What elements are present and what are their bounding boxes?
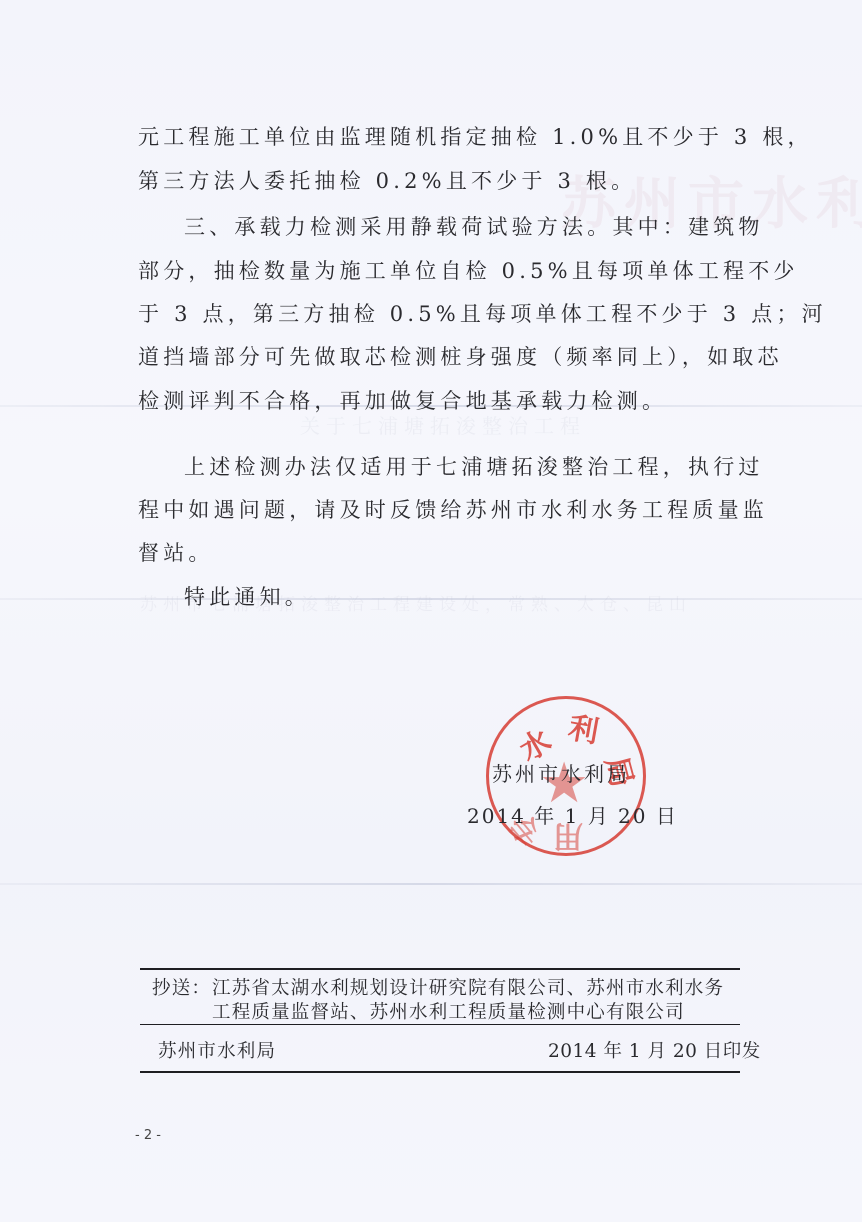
footer-bottom-rule — [140, 1071, 740, 1073]
fold-line — [0, 598, 862, 600]
body-line-1: 元工程施工单位由监理随机指定抽检 1.0%且不少于 3 根， — [138, 124, 813, 150]
fold-line — [0, 883, 862, 885]
body-line-8: 上述检测办法仅适用于七浦塘拓浚整治工程，执行过 — [184, 454, 764, 480]
page-number: - 2 - — [135, 1128, 161, 1143]
signature-org: 苏州市水利局 — [492, 758, 630, 787]
body-line-10: 督站。 — [138, 540, 214, 566]
body-line-11: 特此通知。 — [184, 584, 310, 610]
footer-top-rule — [140, 968, 740, 970]
body-line-9: 程中如遇问题，请及时反馈给苏州市水利水务工程质量监 — [138, 497, 768, 523]
body-line-6: 道挡墙部分可先做取芯检测桩身强度（频率同上），如取芯 — [138, 344, 783, 370]
issuer: 苏州市水利局 — [158, 1037, 276, 1063]
body-line-4: 部分，抽检数量为施工单位自检 0.5%且每项单体工程不少 — [138, 258, 799, 284]
scanned-page: 苏州市水利局文件 关于七浦塘拓浚整治工程 苏州市七浦塘拓浚整治工程建设处，常熟、… — [0, 0, 862, 1222]
bleed-through-heading: 关于七浦塘拓浚整治工程 — [300, 410, 586, 439]
stamp-char: 利 — [565, 703, 602, 752]
issue-date: 2014 年 1 月 20 日印发 — [548, 1037, 761, 1063]
cc-label: 抄送： — [152, 974, 211, 1000]
footer-middle-rule — [140, 1024, 740, 1025]
body-line-3: 三、承载力检测采用静载荷试验方法。其中：建筑物 — [184, 214, 764, 240]
body-line-5: 于 3 点，第三方抽检 0.5%且每项单体工程不少于 3 点；河 — [138, 301, 827, 327]
cc-recipients-line1: 江苏省太湖水利规划设计研究院有限公司、苏州市水利水务 — [212, 974, 724, 1000]
signature-date: 2014 年 1 月 20 日 — [467, 800, 678, 829]
body-line-7: 检测评判不合格，再加做复合地基承载力检测。 — [138, 388, 667, 414]
cc-recipients-line2: 工程质量监督站、苏州水利工程质量检测中心有限公司 — [212, 998, 685, 1024]
body-line-2: 第三方法人委托抽检 0.2%且不少于 3 根。 — [138, 168, 636, 194]
